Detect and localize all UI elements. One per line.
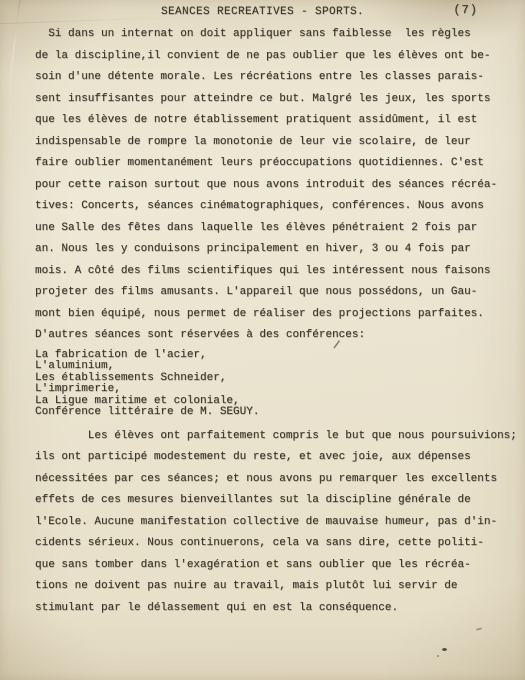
- text-line: an. Nous les y conduisons principalement…: [35, 239, 497, 261]
- text-line: que sans tomber dans l'exagération et sa…: [35, 555, 497, 577]
- document-title: SEANCES RECREATIVES - SPORTS.: [0, 6, 525, 18]
- text-line: que les élèves de notre établissement pr…: [35, 110, 497, 132]
- text-line: une Salle des fêtes dans laquelle les él…: [35, 218, 497, 240]
- text-line: cidents sérieux. Nous continuerons, cela…: [35, 533, 497, 555]
- document-body: Si dans un internat on doit appliquer sa…: [35, 24, 497, 619]
- paragraph-introduction: Si dans un internat on doit appliquer sa…: [35, 24, 497, 325]
- ink-speck: [442, 648, 447, 651]
- conference-topics-list: La fabrication de l'acier,L'aluminium,Le…: [35, 350, 497, 419]
- stray-pen-mark: /: [332, 340, 340, 353]
- text-line: mont bien équipé, nous permet de réalise…: [35, 304, 497, 326]
- text-line: pour cette raison surtout que nous avons…: [35, 175, 497, 197]
- text-line: Si dans un internat on doit appliquer sa…: [35, 24, 497, 46]
- list-item: Conférence littéraire de M. SEGUY.: [35, 407, 497, 419]
- text-line: mois. A côté des films scientifiques qui…: [35, 261, 497, 283]
- list-item: L'imprimerie,: [35, 384, 497, 396]
- text-line: de la discipline,il convient de ne pas o…: [35, 46, 497, 68]
- text-line: tions ne doivent pas nuire au travail, m…: [35, 576, 497, 598]
- ink-speck: [437, 655, 439, 657]
- text-line: Les élèves ont parfaitement compris le b…: [35, 426, 497, 448]
- scanned-document-page: SEANCES RECREATIVES - SPORTS. (7) Si dan…: [0, 0, 525, 680]
- text-line: effets de ces mesures bienveillantes sut…: [35, 490, 497, 512]
- text-line: ils ont participé modestement du reste, …: [35, 447, 497, 469]
- text-line: l'Ecole. Aucune manifestation collective…: [35, 512, 497, 534]
- page-number: (7): [453, 3, 478, 17]
- paragraph-conclusion: Les élèves ont parfaitement compris le b…: [35, 426, 497, 620]
- text-line: indispensable de rompre la monotonie de …: [35, 132, 497, 154]
- text-line: stimulant par le délassement qui en est …: [35, 598, 497, 620]
- text-line: faire oublier momentanément leurs préocc…: [35, 153, 497, 175]
- text-line: projeter des films amusants. L'appareil …: [35, 282, 497, 304]
- text-line: soin d'une détente morale. Les récréatio…: [35, 67, 497, 89]
- text-line: nécessitées par ces séances; et nous avo…: [35, 469, 497, 491]
- text-line: tives: Concerts, séances cinématographiq…: [35, 196, 497, 218]
- list-item: L'aluminium,: [35, 361, 497, 373]
- conference-intro-line: D'autres séances sont réservées à des co…: [35, 325, 497, 347]
- ink-speck: [476, 627, 482, 630]
- text-line: sent insuffisantes pour atteindre ce but…: [35, 89, 497, 111]
